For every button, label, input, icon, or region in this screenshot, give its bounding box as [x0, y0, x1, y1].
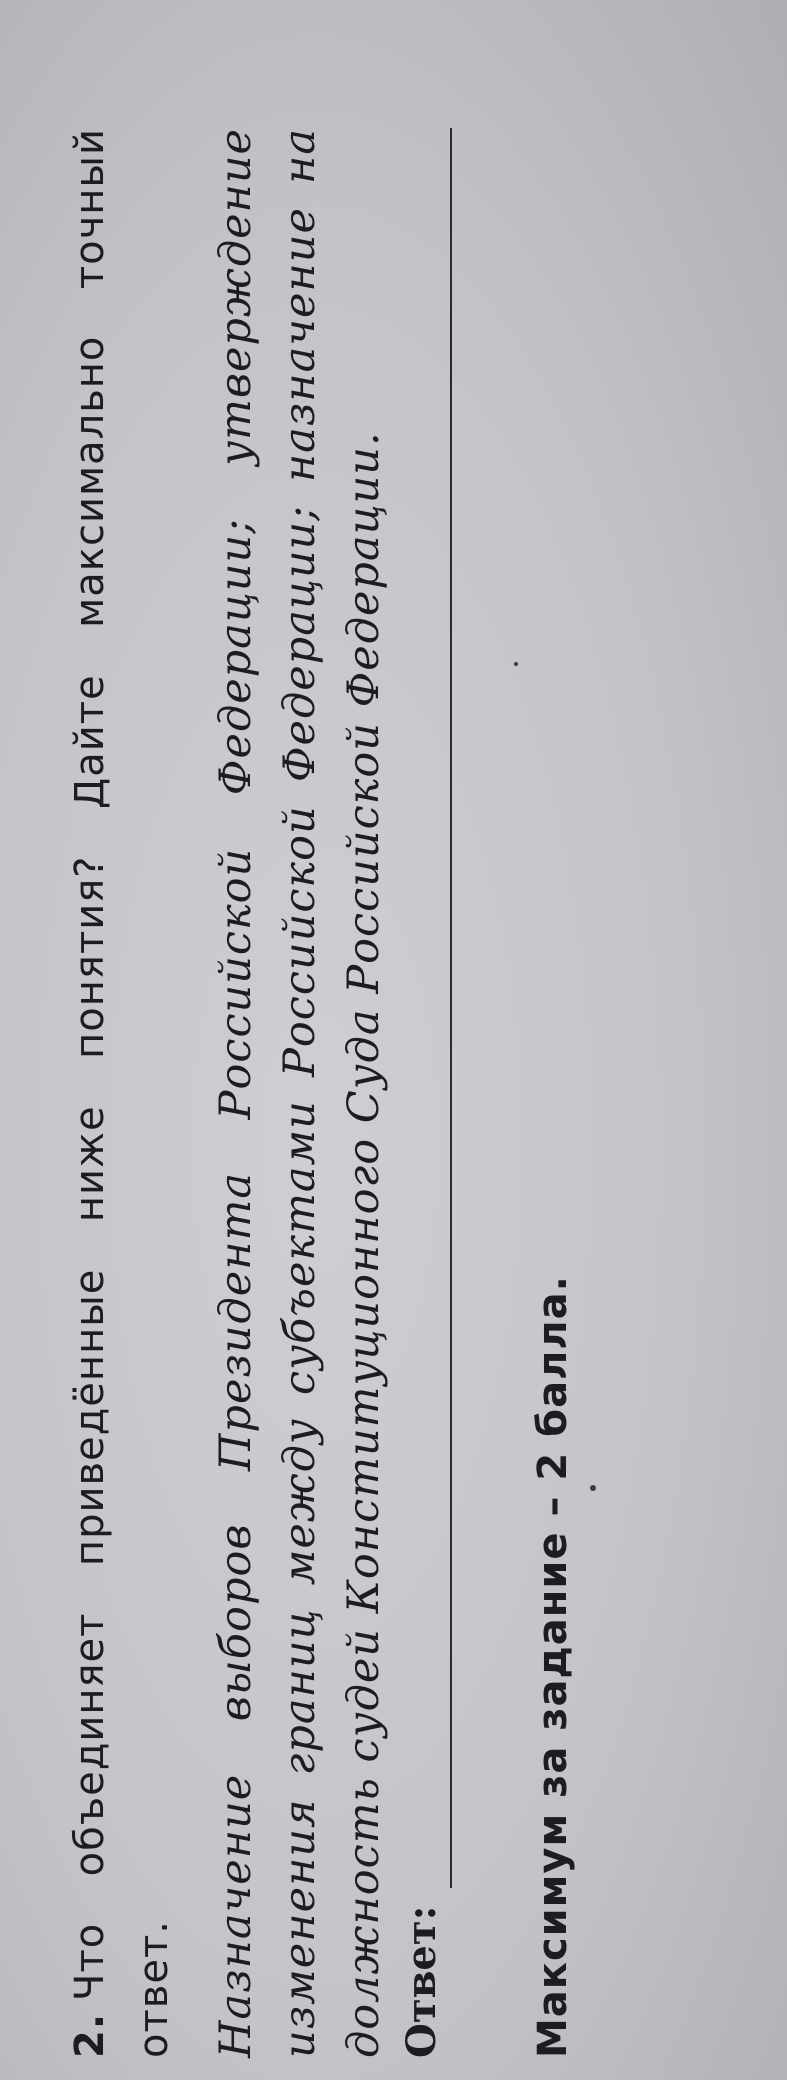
rotated-document: 2.Что объединяет приведённые ниже поняти…: [0, 18, 787, 2058]
question-prompt: Что объединяет приведённые ниже понятия?…: [67, 128, 177, 2058]
answer-label: Ответ:: [398, 1906, 445, 2058]
max-score-note: Максимум за задание – 2 балла.: [530, 1275, 576, 2058]
question-text: 2.Что объединяет приведённые ниже поняти…: [58, 128, 186, 2058]
answer-field[interactable]: Ответ:: [398, 128, 458, 2058]
terms-list: Назначение выборов Президента Российской…: [204, 128, 396, 2058]
answer-line[interactable]: [450, 128, 452, 1888]
question-number: 2.: [67, 2013, 113, 2058]
photographed-page: 2.Что объединяет приведённые ниже поняти…: [0, 0, 787, 2080]
